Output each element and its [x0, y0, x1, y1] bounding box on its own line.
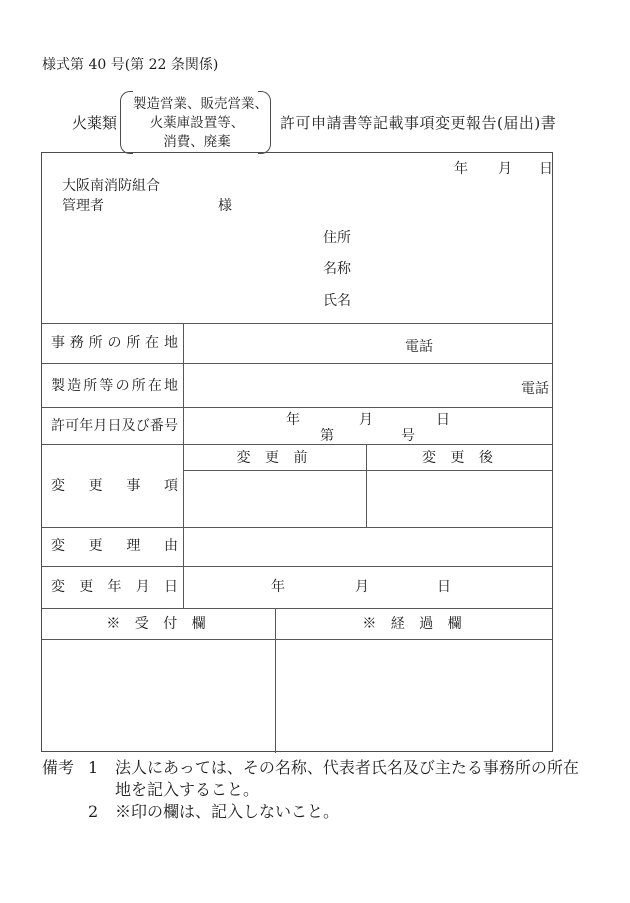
progress-stamp-area — [275, 639, 554, 753]
date-day-label: 日 — [539, 161, 553, 177]
remark-item: 2 ※印の欄は、記入しないこと。 — [88, 801, 588, 823]
remark-number: 1 — [88, 757, 115, 779]
divider-h — [42, 444, 552, 445]
change-before-header: 変 更 前 — [183, 450, 366, 466]
date-year-label: 年 — [454, 161, 468, 177]
remarks-items: 1 法人にあっては、その名称、代表者氏名及び主たる事務所の所在地を記入すること。… — [88, 757, 588, 823]
bracket-line: 火薬庫設置等、 — [133, 114, 261, 133]
divider-h — [42, 407, 552, 408]
title-suffix: 許可申請書等記載事項変更報告(届出)書 — [280, 113, 556, 133]
change-date-day-label: 日 — [437, 579, 451, 595]
reception-column-header: ※ 受 付 欄 — [42, 616, 275, 632]
change-reason-label: 変更理由 — [51, 538, 178, 554]
remarks-label: 備考 — [42, 757, 88, 779]
bracket-left-icon — [120, 91, 133, 154]
divider-h — [42, 566, 552, 567]
title-bracket-content: 製造営業、販売営業、 火薬庫設置等、 消費、廃棄 — [133, 95, 261, 152]
form-number: 様式第 40 号(第 22 条関係) — [42, 57, 218, 73]
progress-column-header: ※ 経 過 欄 — [275, 616, 554, 632]
addressee-honorific: 様 — [218, 198, 232, 214]
applicant-address-label: 住所 — [323, 230, 351, 246]
date-month-label: 月 — [498, 161, 512, 177]
change-date-year-label: 年 — [271, 579, 285, 595]
remarks: 備考 1 法人にあっては、その名称、代表者氏名及び主たる事務所の所在地を記入する… — [42, 757, 594, 823]
change-item-label: 変更事項 — [51, 478, 178, 494]
divider-h — [42, 323, 552, 324]
addressee-org: 大阪南消防組合 — [62, 178, 160, 194]
remark-text: ※印の欄は、記入しないこと。 — [115, 801, 588, 823]
bracket-line: 消費、廃棄 — [133, 133, 261, 152]
change-before-cell — [183, 470, 366, 527]
permit-month-label: 月 — [359, 412, 373, 428]
applicant-name-label: 名称 — [323, 261, 351, 277]
permit-no-prefix-label: 第 — [320, 428, 334, 444]
change-after-cell — [366, 470, 554, 527]
form-table: 年 月 日 大阪南消防組合 管理者 様 住所 名称 氏名 事務所の所在地 電話 … — [41, 152, 553, 752]
permit-year-label: 年 — [286, 412, 300, 428]
divider-h — [42, 608, 552, 609]
factory-location-label: 製造所等の所在地 — [51, 378, 178, 394]
change-date-month-label: 月 — [355, 579, 369, 595]
document-page: 様式第 40 号(第 22 条関係) 火薬類 製造営業、販売営業、 火薬庫設置等… — [0, 0, 630, 903]
change-after-header: 変 更 後 — [366, 450, 554, 466]
bracket-line: 製造営業、販売営業、 — [133, 95, 261, 114]
change-date-label: 変更年月日 — [51, 579, 178, 595]
change-reason-cell — [183, 527, 554, 566]
remark-number: 2 — [88, 801, 115, 823]
addressee-title: 管理者 — [62, 198, 104, 214]
permit-date-number-label: 許可年月日及び番号 — [51, 418, 178, 434]
office-phone-label: 電話 — [405, 339, 433, 355]
remark-item: 1 法人にあっては、その名称、代表者氏名及び主たる事務所の所在地を記入すること。 — [88, 757, 588, 801]
remark-text: 法人にあっては、その名称、代表者氏名及び主たる事務所の所在地を記入すること。 — [115, 757, 588, 801]
applicant-person-label: 氏名 — [323, 293, 351, 309]
reception-stamp-area — [42, 639, 275, 753]
bracket-right-icon — [258, 91, 271, 154]
divider-h — [42, 363, 552, 364]
office-location-label: 事務所の所在地 — [51, 335, 178, 351]
factory-phone-label: 電話 — [521, 381, 549, 397]
title-prefix: 火薬類 — [72, 113, 117, 133]
permit-day-label: 日 — [436, 412, 450, 428]
permit-no-suffix-label: 号 — [401, 428, 415, 444]
